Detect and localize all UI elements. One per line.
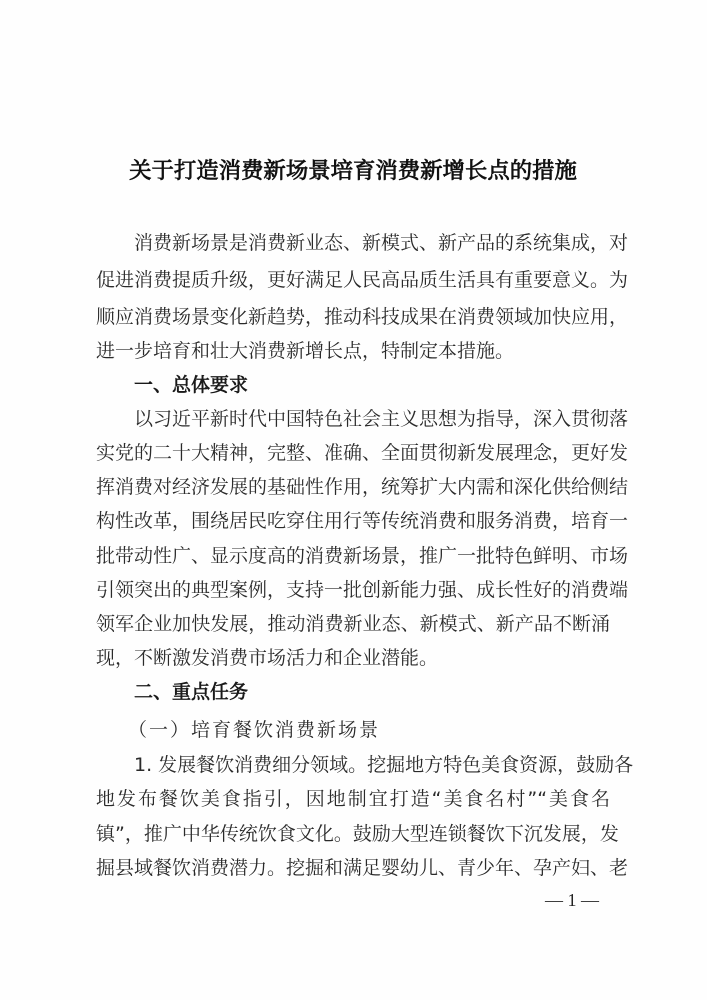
section1-line-7: 领军企业加快发展，推动消费新业态、新模式、新产品不断涌 [96,609,610,639]
intro-line-2: 促进消费提质升级，更好满足人民高品质生活具有重要意义。为 [96,265,610,295]
section-heading-general-requirements: 一、总体要求 [134,370,248,400]
section1-line-5: 批带动性广、显示度高的消费新场景，推广一批特色鲜明、市场 [96,541,610,571]
subsection-heading-catering: （一）培育餐饮消费新场景 [128,715,380,745]
section1-line-2: 实党的二十大精神，完整、准确、全面贯彻新发展理念，更好发 [96,438,610,468]
page-number: — 1 — [540,888,604,912]
intro-line-1: 消费新场景是消费新业态、新模式、新产品的系统集成，对 [134,228,610,258]
intro-line-4: 进一步培育和壮大消费新增长点，特制定本措施。 [96,336,610,366]
section1-line-4: 构性改革，围绕居民吃穿住用行等传统消费和服务消费，培育一 [96,506,610,536]
subsection1-line-1: 1. 发展餐饮消费细分领域。挖掘地方特色美食资源，鼓励各 [134,750,610,780]
section-heading-key-tasks: 二、重点任务 [134,677,248,707]
document-title: 关于打造消费新场景培育消费新增长点的措施 [96,155,610,187]
subsection1-line-2: 地发布餐饮美食指引，因地制宜打造“美食名村”“美食名 [96,784,610,814]
subsection1-line-4: 掘县域餐饮消费潜力。挖掘和满足婴幼儿、青少年、孕产妇、老 [96,853,610,883]
section1-line-3: 挥消费对经济发展的基础性作用，统筹扩大内需和深化供给侧结 [96,472,610,502]
section1-line-6: 引领突出的典型案例，支持一批创新能力强、成长性好的消费端 [96,575,610,605]
document-page: 关于打造消费新场景培育消费新增长点的措施 消费新场景是消费新业态、新模式、新产品… [0,0,707,1000]
intro-line-3: 顺应消费场景变化新趋势，推动科技成果在消费领域加快应用， [96,302,610,332]
section1-line-8: 现，不断激发消费市场活力和企业潜能。 [96,643,610,673]
subsection1-line-3: 镇”，推广中华传统饮食文化。鼓励大型连锁餐饮下沉发展，发 [96,819,610,849]
section1-line-1: 以习近平新时代中国特色社会主义思想为指导，深入贯彻落 [134,404,610,434]
